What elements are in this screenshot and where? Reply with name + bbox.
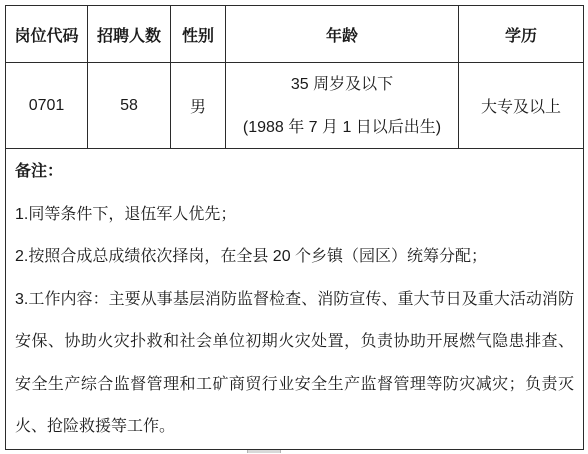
header-cell-gender: 性别 xyxy=(171,6,226,62)
header-label-age: 年龄 xyxy=(326,23,358,46)
header-cell-education: 学历 xyxy=(459,6,583,62)
table-data-row: 0701 58 男 35 周岁及以下 (1988 年 7 月 1 日以后出生) … xyxy=(6,63,583,149)
header-label-education: 学历 xyxy=(505,23,537,46)
note-item-veterans-priority: 1.同等条件下，退伍军人优先； xyxy=(15,194,574,237)
data-cell-education: 大专及以上 xyxy=(459,63,583,148)
document-page: 岗位代码 招聘人数 性别 年龄 学历 0701 58 男 xyxy=(0,0,588,454)
table-resize-handle-artifact xyxy=(247,450,281,453)
recruit-count-value: 58 xyxy=(120,97,138,115)
recruitment-table: 岗位代码 招聘人数 性别 年龄 学历 0701 58 男 xyxy=(5,5,584,450)
notes-section: 备注： 1.同等条件下，退伍军人优先； 2.按照合成总成绩依次择岗，在全县 20… xyxy=(6,149,583,449)
header-cell-age: 年龄 xyxy=(226,6,459,62)
note-item-assignment-rule: 2.按照合成总成绩依次择岗，在全县 20 个乡镇（园区）统筹分配； xyxy=(15,236,574,279)
data-cell-recruit-count: 58 xyxy=(88,63,171,148)
header-cell-recruit-count: 招聘人数 xyxy=(88,6,171,62)
data-cell-age: 35 周岁及以下 (1988 年 7 月 1 日以后出生) xyxy=(226,63,459,148)
header-label-gender: 性别 xyxy=(182,23,214,46)
note-item-job-description: 3.工作内容：主要从事基层消防监督检查、消防宣传、重大节日及重大活动消防安保、协… xyxy=(15,279,574,449)
position-code-value: 0701 xyxy=(29,97,65,115)
age-birthdate-note: (1988 年 7 月 1 日以后出生) xyxy=(243,106,441,149)
header-cell-position-code: 岗位代码 xyxy=(6,6,88,62)
header-label-position-code: 岗位代码 xyxy=(14,23,78,46)
header-label-recruit-count: 招聘人数 xyxy=(97,23,161,46)
gender-value: 男 xyxy=(190,94,206,117)
age-requirement: 35 周岁及以下 xyxy=(291,63,393,106)
data-cell-position-code: 0701 xyxy=(6,63,88,148)
notes-title: 备注： xyxy=(15,151,574,194)
data-cell-gender: 男 xyxy=(171,63,226,148)
table-header-row: 岗位代码 招聘人数 性别 年龄 学历 xyxy=(6,6,583,63)
education-value: 大专及以上 xyxy=(481,94,561,117)
